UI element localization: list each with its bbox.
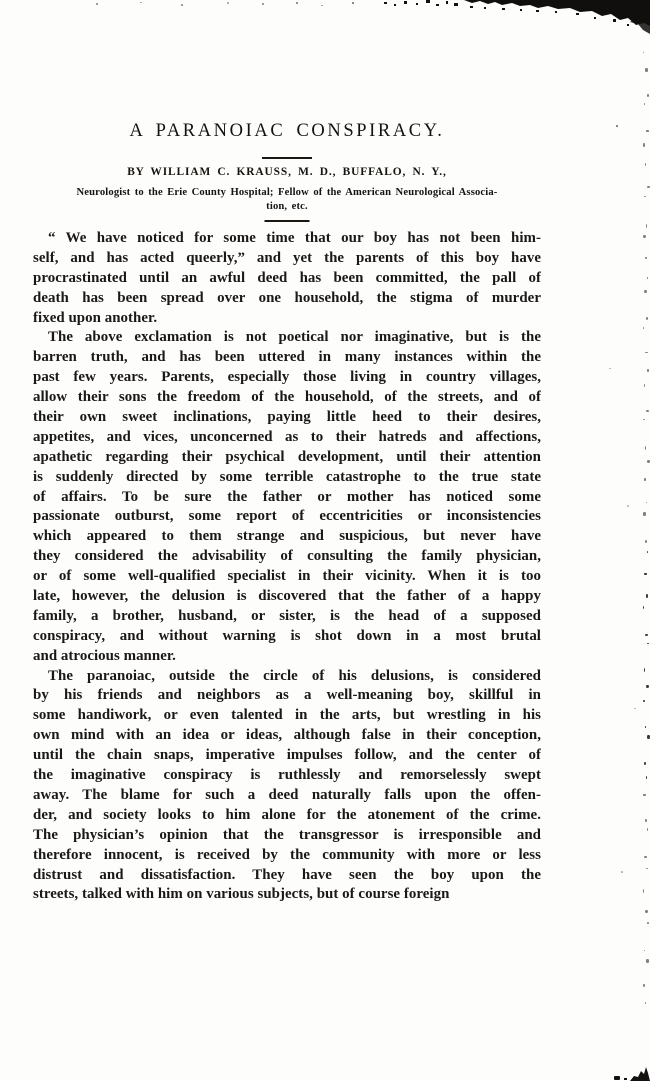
paragraph: “ We have noticed for some time that our…	[33, 229, 541, 328]
text-line: The above exclamation is not poetical no…	[33, 328, 541, 348]
scanned-page: A PARANOIAC CONSPIRACY. BY WILLIAM C. KR…	[0, 0, 650, 1081]
text-line: passionate outburst, some report of ecce…	[33, 507, 541, 527]
scan-speck	[644, 762, 646, 765]
scan-speck	[647, 94, 649, 97]
scan-speck	[645, 540, 647, 543]
text-line: procrastinated until an awful deed has b…	[33, 269, 541, 289]
article-title: A PARANOIAC CONSPIRACY.	[33, 121, 541, 142]
text-line: they considered the advisability of cons…	[33, 547, 541, 567]
text-line: The paranoiac, outside the circle of his…	[33, 667, 541, 687]
scan-speck	[609, 368, 611, 369]
scan-speck	[646, 959, 649, 963]
scan-speck	[647, 922, 649, 924]
scan-speck	[647, 369, 649, 373]
text-line: is suddenly directed by some terrible ca…	[33, 468, 541, 488]
scan-speck	[647, 277, 648, 278]
text-line: conspiracy, and without warning is shot …	[33, 627, 541, 647]
text-line: streets, talked with him on various subj…	[33, 885, 541, 905]
text-line: self, and has acted queerly,” and yet th…	[33, 249, 541, 269]
scan-speck	[646, 502, 647, 503]
scan-speck	[644, 103, 645, 105]
scan-speck	[616, 125, 618, 127]
text-line: their own sweet inclinations, paying lit…	[33, 408, 541, 428]
text-line: allow their sons the freedom of the hous…	[33, 388, 541, 408]
scan-speck	[647, 828, 648, 831]
scan-smudge-bottom-right-icon	[604, 1059, 650, 1081]
text-line: the imaginative conspiracy is ruthlessly…	[33, 766, 541, 786]
text-line: late, however, the delusion is discovere…	[33, 587, 541, 607]
scan-speck	[647, 643, 649, 644]
scan-speck	[644, 950, 645, 951]
scan-speck	[643, 419, 645, 420]
scan-speck	[644, 196, 646, 197]
scan-speck	[645, 819, 647, 823]
scan-speck	[644, 668, 645, 672]
scan-speck	[647, 551, 648, 553]
text-line: away. The blame for such a deed naturall…	[33, 786, 541, 806]
text-line: family, a brother, husband, or sister, i…	[33, 607, 541, 627]
text-line: past few years. Parents, especially thos…	[33, 368, 541, 388]
scan-speck	[645, 257, 647, 259]
scan-speck	[646, 776, 647, 778]
scan-speck	[643, 512, 646, 516]
scan-speck	[645, 1002, 646, 1004]
text-line: of affairs. To be sure the father or mot…	[33, 488, 541, 508]
scan-speck	[643, 235, 646, 238]
author-affiliation: Neurologist to the Erie County Hospital;…	[27, 186, 547, 214]
text-line: “ We have noticed for some time that our…	[33, 229, 541, 249]
scan-speck	[645, 446, 646, 450]
scan-speck	[643, 606, 644, 609]
scan-speck	[645, 352, 648, 353]
scan-speck	[644, 856, 647, 858]
scan-speck	[646, 410, 649, 412]
text-line: some handiwork, or even talented in the …	[33, 706, 541, 726]
scan-speck	[645, 634, 648, 636]
text-line: death has been spread over one household…	[33, 289, 541, 309]
scan-speck	[643, 794, 646, 795]
text-line: appetites, and vices, unconcerned as to …	[33, 428, 541, 448]
scan-speck	[643, 52, 644, 53]
scan-speck	[643, 700, 645, 702]
paragraph: The paranoiac, outside the circle of his…	[33, 667, 541, 906]
scan-speck	[647, 735, 650, 739]
author-byline: BY WILLIAM C. KRAUSS, M. D., BUFFALO, N.…	[33, 166, 541, 178]
paragraph: The above exclamation is not poetical no…	[33, 328, 541, 666]
scan-speck	[645, 68, 648, 72]
text-line: which appeared to them strange and suspi…	[33, 527, 541, 547]
scan-speck	[627, 505, 629, 507]
article-body: “ We have noticed for some time that our…	[33, 229, 541, 905]
text-line: until the chain snaps, imperative impuls…	[33, 746, 541, 766]
text-line: fixed upon another.	[33, 309, 541, 329]
scan-speck	[647, 460, 650, 463]
scan-speck	[645, 910, 648, 913]
affiliation-line-2: tion, etc.	[27, 200, 547, 214]
scan-speck	[644, 478, 646, 480]
scan-speck	[646, 130, 649, 131]
content-column: A PARANOIAC CONSPIRACY. BY WILLIAM C. KR…	[33, 0, 541, 1081]
byline-divider-rule	[265, 220, 310, 222]
scan-speck	[643, 327, 644, 329]
scan-speck	[634, 708, 636, 709]
title-divider-rule	[262, 157, 312, 159]
scan-speck	[644, 384, 645, 387]
scan-speck	[645, 163, 646, 166]
scan-speck	[646, 594, 648, 598]
text-line: by his friends and neighbors as a well-m…	[33, 686, 541, 706]
scan-speck	[646, 224, 647, 228]
affiliation-line-1: Neurologist to the Erie County Hospital;…	[27, 186, 547, 200]
scan-speck	[643, 143, 645, 147]
text-line: therefore innocent, is received by the c…	[33, 846, 541, 866]
text-line: The physician’s opinion that the transgr…	[33, 826, 541, 846]
scan-speck	[644, 573, 647, 574]
scan-speck	[646, 317, 648, 320]
text-line: apathetic regarding their psychical deve…	[33, 448, 541, 468]
scan-speck	[647, 186, 650, 188]
scan-speck	[645, 726, 646, 727]
text-line: own mind with an idea or ideas, although…	[33, 726, 541, 746]
scan-speck	[646, 868, 648, 869]
scan-speck	[643, 984, 645, 987]
text-line: and atrocious manner.	[33, 647, 541, 667]
text-line: distrust and dissatisfaction. They have …	[33, 866, 541, 886]
scan-speck	[646, 685, 649, 688]
scan-speck	[621, 871, 623, 873]
scan-speck	[644, 290, 647, 294]
text-line: or of some well-qualified specialist in …	[33, 567, 541, 587]
scan-speck	[643, 889, 644, 893]
text-line: barren truth, and has been uttered in ma…	[33, 348, 541, 368]
text-line: der, and society looks to him alone for …	[33, 806, 541, 826]
